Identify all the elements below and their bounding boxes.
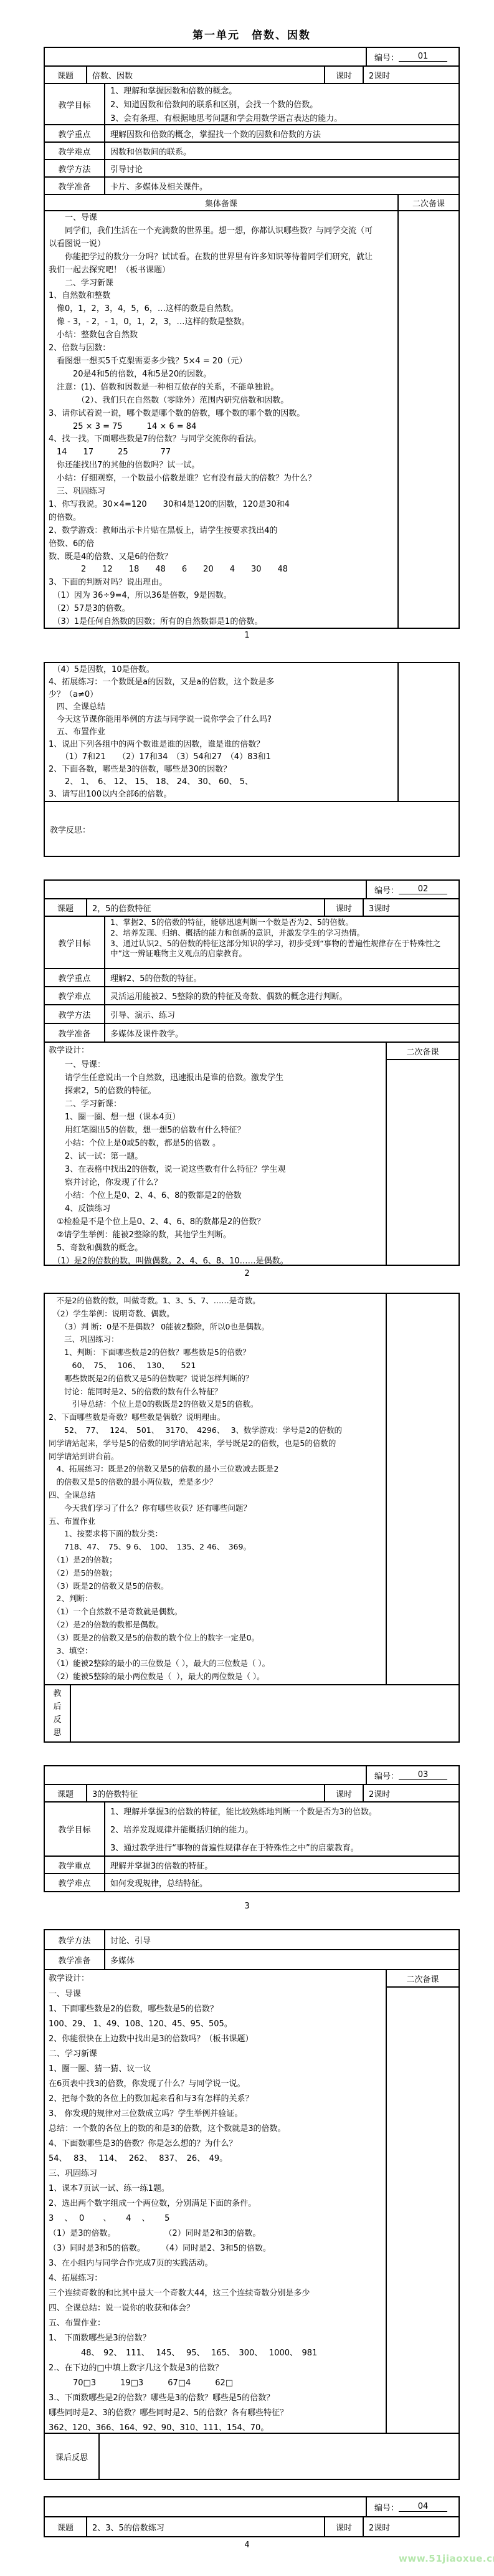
lesson-content: （4）5是因数，10是倍数。4、拓展练习：一个数既是a的因数，又是a的倍数，这个… [45, 663, 397, 801]
spacer-cell [45, 48, 366, 65]
content-line: 二、学习新课： [49, 1098, 382, 1111]
topic-value: 倍数、因数 [86, 67, 324, 83]
content-line: 3、通过教学进行“事物的普遍性规律存在于特殊性之中”的启蒙教育。 [110, 1839, 454, 1855]
page-number: 3 [0, 1902, 494, 1911]
content-line: 1、课本7页试一试、练一练1题。 [49, 2181, 382, 2196]
periods-label: 课时 [324, 2517, 363, 2536]
lesson-content: 一、导课1、下面哪些数是2的倍数，哪些数是5的倍数？100、29、 1、49、1… [45, 1986, 386, 2433]
content-line: 25 × 3 = 75 14 × 6 = 84 [49, 421, 394, 434]
content-line: 五、布置作业 [49, 726, 394, 739]
row-design: 教学设计： 一、导课1、下面哪些数是2的倍数，哪些数是5的倍数？100、29、 … [45, 1969, 458, 2433]
design-cell: 教学设计： 一、导课1、下面哪些数是2的倍数，哪些数是5的倍数？100、29、 … [45, 1970, 386, 2433]
content-line: （1）是3的倍数。 （2）同时是2和3的倍数。 [49, 2226, 382, 2241]
topic-label: 课题 [45, 899, 86, 916]
methods-value: 引导、演示、练习 [104, 1005, 458, 1023]
content-line: 2、下面各数，哪些是3的倍数，哪些是30的因数？ [49, 764, 394, 776]
content-line: 3、在小组内与同学合作完成7页的实践活动。 [49, 2256, 382, 2271]
page-number: 4 [0, 2540, 494, 2550]
row-difficulties: 教学难点 灵活运用能被2、5整除的数的特征及奇数、偶数的概念进行判断。 [45, 986, 458, 1004]
content-line: 注意：(1)、倍数和因数是一种相互依存的关系，不能单独说。 [49, 381, 394, 395]
row-reflection: 教学反思： [45, 801, 458, 856]
content-line: （2）是5的倍数； [49, 1567, 382, 1580]
preparation-value: 多媒体 [104, 1950, 458, 1969]
content-line: 52、 77、 124、 501、 3170、 4296、 3、数学游戏：学号是… [49, 1424, 382, 1437]
content-line: 1、自然数和整数 [49, 290, 394, 303]
row-content: 一、导课 同学们，我们生活在一个充满数的世界里。想一想，你都认识哪些数？与同学交… [45, 210, 458, 628]
content-line: 三、巩固练习 [49, 486, 394, 499]
lesson3-table-part1: 编号：03 课题 3的倍数特征 课时 2课时 教学目标 1、理解并掌握3的倍数的… [44, 1765, 460, 1892]
second-prep-header: 二次备课 [387, 1043, 458, 1060]
content-line: 不是2的倍数的数，叫做奇数。1、3、5、7、……是奇数。 [49, 1295, 382, 1308]
number-label: 编号： [374, 1769, 399, 1781]
content-line: 一、导课 [49, 1987, 382, 2002]
content-line: 1、判断：下面哪些数是2的倍数？哪些数是5的倍数？ [49, 1346, 382, 1359]
content-line: （1）是2的倍数的数，叫做偶数。2、4、6、8、10……是偶数。 [49, 1255, 382, 1265]
watermark: www.51jiaoxue.cn [399, 2553, 494, 2564]
spacer-cell [45, 1766, 366, 1784]
content-line: 倍数、6的倍 [49, 538, 394, 551]
periods-value: 2课时 [363, 2517, 458, 2536]
lesson-content: 一、导课： 请学生任意说出一个自然数，迅速报出是谁的倍数。激发学生 探索2，5的… [45, 1058, 386, 1265]
group-prep-header: 集体备课 [45, 195, 397, 210]
row-objectives: 教学目标 1、理解并掌握3的倍数的特征，能比较熟练地判断一个数是否为3的倍数。2… [45, 1801, 458, 1855]
topic-value: 2、3、5的倍数练习 [86, 2517, 324, 2536]
row-topic: 课题 倍数、因数 课时 2课时 [45, 65, 458, 83]
objectives-label: 教学目标 [45, 917, 104, 968]
methods-value: 讨论、引导 [104, 1930, 458, 1949]
content-line: 718、47、 75、9 6、 100、 135、2 46、 369。 [49, 1541, 382, 1554]
content-line: 54、 83、 114、 262、 837、 26、 49。 [49, 2152, 382, 2167]
number-value: 01 [399, 52, 447, 62]
content-line: 3、 你发现的规律对三位数成立吗？学生举例并验证。 [49, 2107, 382, 2122]
reflection-cell: 教学反思： [45, 802, 458, 856]
lesson-content: 不是2的倍数的数，叫做奇数。1、3、5、7、……是奇数。 （2）学生举例：说明奇… [45, 1294, 386, 1684]
content-line: 3、填空： [49, 1645, 382, 1658]
key-points-label: 教学重点 [45, 969, 104, 986]
second-prep-header: 二次备课 [397, 195, 458, 210]
number-cell: 编号：02 [366, 881, 458, 898]
content-line: （3）既是2的倍数又是5的倍数的数个位上的数字一定是0。 [49, 1632, 382, 1645]
content-line: 1、掌握2、5的倍数的特征，能够迅速判断一个数是否为2、5的倍数。 [110, 917, 454, 928]
lesson1-table-part1: 编号：01 课题 倍数、因数 课时 2课时 教学目标 1、理解和掌握因数和倍数的… [44, 47, 460, 629]
number-value: 03 [399, 1770, 447, 1780]
content-line: （1）是2的倍数； [49, 1554, 382, 1567]
page-number: 1 [0, 631, 494, 640]
number-value: 04 [399, 2502, 447, 2512]
content-line: 以看图说一说） [49, 238, 394, 251]
content-line: 的倍数又是5的倍数的最小两位数，差是多少？ [49, 1476, 382, 1489]
row-design: 教学设计： 一、导课： 请学生任意说出一个自然数，迅速报出是谁的倍数。激发学生 … [45, 1041, 458, 1265]
content-line: 2、判断： [49, 1592, 382, 1606]
row-methods: 教学方法 讨论、引导 [45, 1930, 458, 1949]
row-key-points: 教学重点 理解因数和倍数的概念，掌握找一个数的因数和倍数的方法 [45, 124, 458, 141]
content-line: 讨论：能同时是2、5的倍数的数有什么特征？ [49, 1386, 382, 1399]
content-line: （2）学生举例：说明奇数、偶数。 [49, 1308, 382, 1321]
row-difficulties: 教学难点 因数和倍数间的联系。 [45, 141, 458, 159]
content-line: 一、导课 [49, 212, 394, 225]
content-line: 三个连续奇数的和比其中最大一个奇数大44，这三个连续奇数分别是多少 [49, 2286, 382, 2301]
content-line: （4）5是因数，10是倍数。 [49, 664, 394, 676]
content-line: 3、请你试着说一说，哪个数是哪个数的倍数，哪个数的哪个数的因数。 [49, 408, 394, 421]
content-line: 2、选出两个数字组成一个两位数，分别满足下面的条件。 [49, 2196, 382, 2211]
number-cell: 编号：01 [366, 48, 458, 65]
content-line: 小结：整数包含自然数 [49, 329, 394, 342]
content-line: 1、 下面数哪些是3的倍数？ [49, 2331, 382, 2346]
second-prep-column [386, 1294, 458, 1684]
content-line: 察并讨论，你发现了什么？ [49, 1176, 382, 1189]
content-line: （1）能被2整除的最小的三位数是（ ），最大的三位数是（ ）。 [49, 1657, 382, 1670]
row-number: 编号：02 [45, 881, 458, 898]
content-line: 五、布置作业： [49, 2316, 382, 2331]
content-line: 四、全课总结：说一说你的收获和体会？ [49, 2301, 382, 2316]
content-line: 一、导课： [49, 1058, 382, 1071]
second-prep-column [397, 663, 458, 801]
content-line: （1）因为 36÷9=4，所以36是倍数，9是因数。 [49, 590, 394, 603]
objectives-value: 1、掌握2、5的倍数的特征，能够迅速判断一个数是否为2、5的倍数。2、培养发现、… [104, 917, 458, 968]
preparation-value: 卡片、多媒体及相关课件。 [104, 178, 458, 194]
content-line: （2）57是3的倍数。 [49, 603, 394, 616]
design-cell: 教学设计： 一、导课： 请学生任意说出一个自然数，迅速报出是谁的倍数。激发学生 … [45, 1043, 386, 1265]
content-line: 2、试一试：第一题。 [49, 1150, 382, 1163]
number-label: 编号： [374, 884, 399, 896]
periods-value: 2课时 [363, 67, 458, 83]
page-number: 2 [0, 1269, 494, 1278]
content-line: 五、布置作业 [49, 1515, 382, 1528]
content-line: 你能把学过的数分一分吗？试试看。在数的世界里有许多知识等待着同学们研究，就让 [49, 251, 394, 264]
row-number: 编号：03 [45, 1766, 458, 1784]
number-cell: 编号：03 [366, 1766, 458, 1784]
second-prep-header: 二次备课 [387, 1970, 458, 1988]
row-topic: 课题 2，5的倍数特征 课时 3课时 [45, 898, 458, 916]
number-label: 编号： [374, 2501, 399, 2513]
difficulties-label: 教学难点 [45, 987, 104, 1004]
lesson-content: 一、导课 同学们，我们生活在一个充满数的世界里。想一想，你都认识哪些数？与同学交… [45, 211, 397, 628]
row-key-points: 教学重点 理解并掌握3的倍数的特征。 [45, 1855, 458, 1873]
content-line: 二、学习新课 [49, 277, 394, 290]
content-line: （2）能被5整除的最小两位数是（ ），最大的两位数是（ ）。 [49, 1670, 382, 1683]
reflection-space [98, 2434, 458, 2479]
content-line: 在6页表中找3的倍数，你发现了什么？与同学说一说。 [49, 2077, 382, 2092]
content-line: 3.、下面数哪些是2的倍数？哪些是3的倍数？哪些是5的倍数？ [49, 2391, 382, 2406]
topic-label: 课题 [45, 67, 86, 83]
content-line: （3）1是任何自然数的因数；所有的自然数都是1的倍数。 [49, 616, 394, 628]
methods-label: 教学方法 [45, 1005, 104, 1023]
content-line: 3 、 0 、 4 、 5 [49, 2211, 382, 2226]
content-line: 3、通过认识2、5的倍数的特征这部分知识的学习，初步受到“事物的普遍性规律存在于… [110, 939, 454, 960]
content-line: 你还能找出7的其他的倍数吗？试一试。 [49, 459, 394, 472]
content-line: 1、说出下列各组中的两个数谁是谁的因数，谁是谁的倍数？ [49, 739, 394, 751]
content-line: 4、拓展练习： [49, 2271, 382, 2286]
reflection-label: 教 后 反 思 [45, 1685, 70, 1741]
content-line: 2 12 18 48 6 20 4 30 48 [49, 563, 394, 577]
row-topic: 课题 3的倍数特征 课时 2课时 [45, 1784, 458, 1801]
content-line: （3）既是2的倍数又是5的倍数。 [49, 1580, 382, 1593]
content-line: 请学生任意说出一个自然数，迅速报出是谁的倍数。激发学生 [49, 1071, 382, 1085]
design-label: 教学设计： [45, 1043, 386, 1058]
content-line: ②请学生举例：能被2整除的数，其他学生判断。 [49, 1228, 382, 1242]
periods-value: 2课时 [363, 1785, 458, 1801]
content-line: 1、按要求将下面的数分类： [49, 1528, 382, 1541]
content-line: 1、理解和掌握因数和倍数的概念。 [110, 85, 454, 98]
row-preparation: 教学准备 卡片、多媒体及相关课件。 [45, 176, 458, 194]
key-points-value: 理解并掌握3的倍数的特征。 [104, 1857, 458, 1873]
content-line: 1、圈一圈、猜一猜、议一议 [49, 2062, 382, 2077]
content-line: 4、拓展练习：既是2的倍数又是5的倍数的最小三位数减去既是2 [49, 1463, 382, 1476]
row-prep-header: 集体备课 二次备课 [45, 194, 458, 210]
row-objectives: 教学目标 1、理解和掌握因数和倍数的概念。2、知道因数和倍数间的联系和区别，会找… [45, 83, 458, 124]
content-line: 我们一起去探究吧！（板书课题） [49, 264, 394, 277]
document-page: 第一单元 倍数、因数 编号：01 课题 倍数、因数 课时 2课时 教学目标 1、… [0, 0, 494, 2576]
periods-value: 3课时 [363, 899, 458, 916]
content-line: 4、找一找。下面哪些数是7的倍数？与同学交流你的看法。 [49, 433, 394, 446]
key-points-label: 教学重点 [45, 1857, 104, 1873]
row-number: 编号：04 [45, 2497, 458, 2516]
lesson4-table: 编号：04 课题 2、3、5的倍数练习 课时 2课时 [44, 2496, 460, 2537]
key-points-value: 理解因数和倍数的概念，掌握找一个数的因数和倍数的方法 [104, 125, 458, 141]
row-preparation: 教学准备 多媒体 [45, 1949, 458, 1969]
content-line: 1、你写我说。30×4=120 30和4是120的因数，120是30和4 [49, 499, 394, 512]
content-line: 同学请站起来，学号是5的倍数的同学请站起来，学号既是2的倍数，也是5的倍数的 [49, 1437, 382, 1450]
content-line: 的倍数。 [49, 512, 394, 525]
content-line: 60、 75、 106、 130、 521 [49, 1359, 382, 1372]
content-line: 3、请写出100以内全部6的倍数。 [49, 788, 394, 801]
row-content: 不是2的倍数的数，叫做奇数。1、3、5、7、……是奇数。 （2）学生举例：说明奇… [45, 1294, 458, 1684]
unit-title: 第一单元 倍数、因数 [44, 26, 460, 42]
content-line: 今天我们学习了什么？你有哪些收获？还有哪些问题？ [49, 1502, 382, 1515]
content-line: 70□3 19□3 67□4 62□ [49, 2376, 382, 2391]
lesson3-table-part2: 教学方法 讨论、引导 教学准备 多媒体 教学设计： 一、导课1、下面哪些数是2的… [44, 1929, 460, 2480]
content-line: （2）、我们只在自然数（零除外）范围内研究倍数和因数。 [49, 395, 394, 408]
content-line: 二、学习新课 [49, 2047, 382, 2062]
key-points-value: 理解2、5的倍数的特征。 [104, 969, 458, 986]
content-line: 2、培养发现规律并能概括归纳的能力。 [110, 1821, 454, 1839]
content-line: 2、倍数与因数： [49, 342, 394, 355]
content-line: 三、巩固练习 [49, 2167, 382, 2181]
content-line: 引导总结：个位上是0的数既是2的倍数又是5的倍数。 [49, 1398, 382, 1411]
content-line: 100、29、 1、49、108、120、45、95、505。 [49, 2017, 382, 2032]
content-line: 2、 1、 6、 12、 15、 18、 24、 30、 60、 5、 [49, 776, 394, 788]
content-line: 4、反馈练习 [49, 1202, 382, 1215]
content-line: 3、下面的判断对吗？说出理由。 [49, 577, 394, 590]
row-difficulties: 教学难点 如何发现规律，总结特征。 [45, 1873, 458, 1891]
content-line: （3）同时是3和5的倍数。 （4）同时是2、3和5的倍数。 [49, 2241, 382, 2256]
content-line: 362、120、366、164、92、90、310、111、154、70。 [49, 2421, 382, 2433]
row-number: 编号：01 [45, 48, 458, 65]
content-line: 5、奇数和偶数的概念。 [49, 1242, 382, 1255]
content-line: 1、圈一圈、想一想（课本4页） [49, 1111, 382, 1124]
reflection-label: 课后反思 [45, 2434, 98, 2479]
content-line: 同学们，我们生活在一个充满数的世界里。想一想，你都认识哪些数？与同学交流（可 [49, 225, 394, 238]
objectives-label: 教学目标 [45, 84, 104, 124]
content-line: 4、下面数哪些是3的倍数？你是怎么想的？为什么？ [49, 2137, 382, 2152]
content-line: 小结：个位上是0或5的数，都是5的倍数 。 [49, 1137, 382, 1150]
content-line: 少？（a≠0） [49, 689, 394, 701]
content-line: 同学请站到讲台前。 [49, 1450, 382, 1463]
number-value: 02 [399, 884, 447, 894]
content-line: 1、理解并掌握3的倍数的特征，能比较熟练地判断一个数是否为3的倍数。 [110, 1803, 454, 1821]
spacer-cell [45, 2497, 366, 2516]
methods-value: 引导讨论 [104, 160, 458, 176]
row-methods: 教学方法 引导、演示、练习 [45, 1004, 458, 1023]
objectives-value: 1、理解并掌握3的倍数的特征，能比较熟练地判断一个数是否为3的倍数。2、培养发现… [104, 1803, 458, 1855]
objectives-value: 1、理解和掌握因数和倍数的概念。2、知道因数和倍数间的联系和区别，会找一个数的倍… [104, 84, 458, 124]
content-line: 看图想一想买5千克梨需要多少钱？5×4 = 20（元） [49, 355, 394, 368]
design-label: 教学设计： [45, 1970, 386, 1986]
second-prep-column [397, 211, 458, 628]
content-line: 3、会有条理、有根据地思考问题和学会用数学语言表达的能力。 [110, 112, 454, 124]
content-line: 3、在表格中找出2的倍数，说一说这些数有什么特征？学生观 [49, 1163, 382, 1176]
second-prep-column: 二次备课 [386, 1043, 458, 1265]
row-topic: 课题 2、3、5的倍数练习 课时 2课时 [45, 2516, 458, 2536]
row-key-points: 教学重点 理解2、5的倍数的特征。 [45, 968, 458, 986]
content-line: （3）判 断：0是不是偶数？ 0能被2整除，所以0也是偶数。 [49, 1321, 382, 1334]
objectives-label: 教学目标 [45, 1803, 104, 1855]
difficulties-label: 教学难点 [45, 1874, 104, 1891]
preparation-label: 教学准备 [45, 1024, 104, 1041]
content-line: 2、知道因数和倍数间的联系和区别，会找一个数的倍数。 [110, 98, 454, 112]
row-reflection: 教 后 反 思 [45, 1684, 458, 1741]
periods-label: 课时 [324, 1785, 363, 1801]
difficulties-value: 因数和倍数间的联系。 [104, 143, 458, 159]
content-line: 像0，1，2，3，4，5，6，…这样的数是自然数。 [49, 303, 394, 316]
content-line: 20是4和5的倍数，4和5是20的因数。 [49, 368, 394, 381]
reflection-space [70, 1685, 458, 1741]
row-reflection: 课后反思 [45, 2433, 458, 2479]
topic-value: 2，5的倍数特征 [86, 899, 324, 916]
spacer-cell [45, 881, 366, 898]
content-line: 小结：仔细观察，一个数最小倍数是谁？它有没有最大的倍数？为什么？ [49, 472, 394, 486]
content-line: 1、下面哪些数是2的倍数，哪些数是5的倍数？ [49, 2002, 382, 2017]
preparation-label: 教学准备 [45, 1950, 104, 1969]
content-line: 哪些数既是2的倍数又是5的倍数呢？说说怎样判断的？ [49, 1372, 382, 1386]
second-prep-column: 二次备课 [386, 1970, 458, 2433]
content-line: 2.、在下边的□中填上数字几这个数是3的倍数？ [49, 2361, 382, 2376]
content-line: 四、全课总结 [49, 1489, 382, 1502]
content-line: （2）是2的倍数的数都是偶数。 [49, 1619, 382, 1632]
difficulties-value: 如何发现规律，总结特征。 [104, 1874, 458, 1891]
preparation-label: 教学准备 [45, 178, 104, 194]
topic-label: 课题 [45, 1785, 86, 1801]
number-cell: 编号：04 [366, 2497, 458, 2516]
row-methods: 教学方法 引导讨论 [45, 159, 458, 176]
content-line: 三、巩固练习： [49, 1333, 382, 1346]
row-content: （4）5是因数，10是倍数。4、拓展练习：一个数既是a的因数，又是a的倍数，这个… [45, 663, 458, 801]
lesson1-table-part2: （4）5是因数，10是倍数。4、拓展练习：一个数既是a的因数，又是a的倍数，这个… [44, 662, 460, 857]
lesson2-table-part2: 不是2的倍数的数，叫做奇数。1、3、5、7、……是奇数。 （2）学生举例：说明奇… [44, 1293, 460, 1743]
content-line: 今天这节课你能用举例的方法与同学说一说你学会了什么吗? [49, 714, 394, 726]
content-line: 像 - 3，- 2，- 1，0，1，2，3，…这样的数是整数。 [49, 316, 394, 329]
content-line: 4、拓展练习：一个数既是a的因数，又是a的倍数，这个数是多 [49, 676, 394, 689]
row-preparation: 教学准备 多媒体及课件教学。 [45, 1023, 458, 1041]
content-line: 四、全课总结 [49, 701, 394, 714]
content-line: 探索2，5的倍数的特征。 [49, 1085, 382, 1098]
periods-label: 课时 [324, 67, 363, 83]
content-line: 2、把每个数的各位上的数加起来看和与3有怎样的关系？ [49, 2092, 382, 2107]
difficulties-value: 灵活运用能被2、5整除的数的特征及奇数、偶数的概念进行判断。 [104, 987, 458, 1004]
preparation-value: 多媒体及课件教学。 [104, 1024, 458, 1041]
lesson2-table-part1: 编号：02 课题 2，5的倍数特征 课时 3课时 教学目标 1、掌握2、5的倍数… [44, 879, 460, 1266]
content-line: 用红笔圈出5的倍数，想一想5的倍数有什么特征？ [49, 1124, 382, 1137]
content-line: 48、 92、 111、 145、 95、 165、 300、 1000、 98… [49, 2346, 382, 2361]
topic-label: 课题 [45, 2517, 86, 2536]
content-line: 2、培养发现、归纳、概括的能力和创新的意识，并激发学生的学习热情。 [110, 928, 454, 939]
content-line: ①检验是不是个位上是0、2、4、6、8的数都是2的倍数？ [49, 1215, 382, 1228]
content-line: 总结：一个数的各位上的数的和是3的倍数，这个数就是3的倍数。 [49, 2122, 382, 2137]
content-line: 2、下面哪些数是奇数？哪些数是偶数？说明理由。 [49, 1411, 382, 1424]
row-objectives: 教学目标 1、掌握2、5的倍数的特征，能够迅速判断一个数是否为2、5的倍数。2、… [45, 916, 458, 968]
content-line: （1）7和21 （2）17和34 （3）54和27 （4）83和1 [49, 751, 394, 764]
content-line: 2、数学游戏：教师出示卡片贴在黑板上，请学生按要求找出4的 [49, 525, 394, 538]
content-line: （1）一个自然数不是奇数就是偶数。 [49, 1606, 382, 1619]
content-line: 14 17 25 77 [49, 446, 394, 459]
content-line: 哪些同时是2、3的倍数？哪些同时是2、5的倍数？各有哪些特征？ [49, 2406, 382, 2421]
content-line: 小结：个位上是0、2、4、6、8的数都是2的倍数 [49, 1189, 382, 1202]
difficulties-label: 教学难点 [45, 143, 104, 159]
key-points-label: 教学重点 [45, 125, 104, 141]
methods-label: 教学方法 [45, 1930, 104, 1949]
content-line: 2、你能很快在上边数中找出是3的倍数吗？（板书课题） [49, 2032, 382, 2047]
topic-value: 3的倍数特征 [86, 1785, 324, 1801]
methods-label: 教学方法 [45, 160, 104, 176]
number-label: 编号： [374, 51, 399, 63]
periods-label: 课时 [324, 899, 363, 916]
content-line: 数、既是4的倍数、又是6的倍数？ [49, 551, 394, 564]
